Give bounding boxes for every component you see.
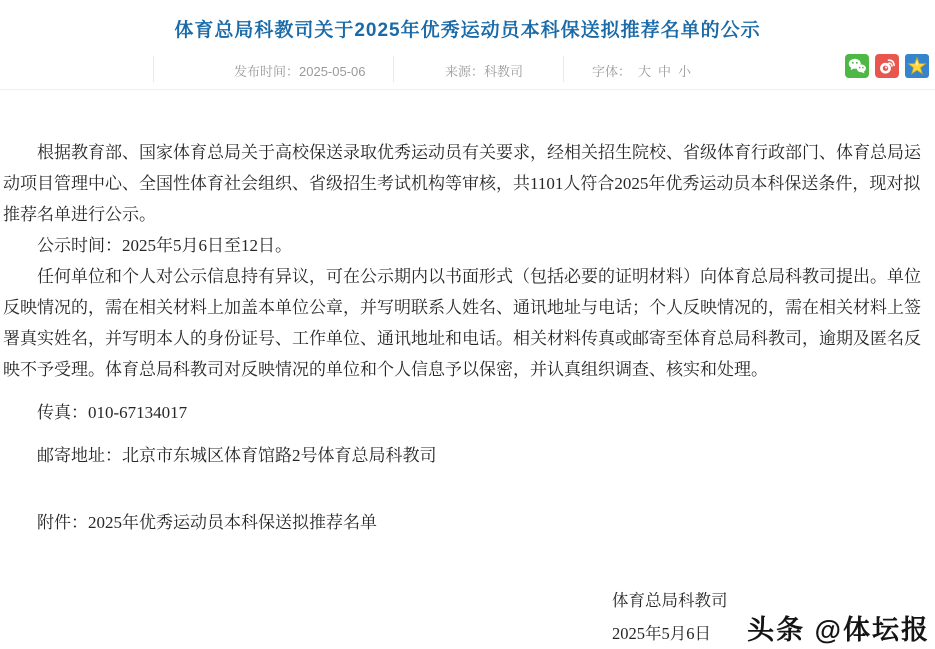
toutiao-watermark: 头条 @体坛报 xyxy=(747,608,930,647)
paragraph: 任何单位和个人对公示信息持有异议，可在公示期内以书面形式（包括必要的证明材料）向… xyxy=(3,261,932,385)
font-size-option-small[interactable]: 小 xyxy=(678,64,691,79)
meta-bar: 发布时间：2025-05-06 来源：科教司 字体：大中小 xyxy=(0,52,935,90)
qzone-star-icon xyxy=(905,54,929,78)
paragraph: 根据教育部、国家体育总局关于高校保送录取优秀运动员有关要求，经相关招生院校、省级… xyxy=(3,137,932,230)
font-size-option-medium[interactable]: 中 xyxy=(658,64,671,79)
signature-block: 体育总局科教司 2025年5月6日 xyxy=(612,584,728,649)
share-wechat-button[interactable] xyxy=(845,54,869,78)
paragraph-publicity-period: 公示时间：2025年5月6日至12日。 xyxy=(3,230,932,261)
source: 来源：科教司 xyxy=(445,61,523,80)
font-size-option-large[interactable]: 大 xyxy=(638,64,651,79)
publish-time-value: 2025-05-06 xyxy=(299,64,366,79)
source-value: 科教司 xyxy=(484,64,523,79)
font-size-label: 字体： xyxy=(592,64,631,79)
share-buttons xyxy=(845,54,929,78)
share-qzone-button[interactable] xyxy=(905,54,929,78)
attachment-line: 附件：2025年优秀运动员本科保送拟推荐名单 xyxy=(3,507,932,538)
meta-divider xyxy=(153,56,154,82)
title-bar: 体育总局科教司关于2025年优秀运动员本科保送拟推荐名单的公示 xyxy=(0,0,935,42)
article-body: 根据教育部、国家体育总局关于高校保送录取优秀运动员有关要求，经相关招生院校、省级… xyxy=(0,137,935,538)
publish-time-label: 发布时间： xyxy=(234,64,299,79)
signature-name: 体育总局科教司 xyxy=(612,584,728,617)
weibo-icon xyxy=(875,54,899,78)
publish-time: 发布时间：2025-05-06 xyxy=(234,61,366,80)
address-line: 邮寄地址：北京市东城区体育馆路2号体育总局科教司 xyxy=(3,440,932,471)
meta-divider xyxy=(563,56,564,82)
meta-divider xyxy=(393,56,394,82)
fax-line: 传真：010-67134017 xyxy=(3,397,932,428)
page-title: 体育总局科教司关于2025年优秀运动员本科保送拟推荐名单的公示 xyxy=(0,15,935,42)
source-label: 来源： xyxy=(445,64,484,79)
wechat-icon xyxy=(845,54,869,78)
share-weibo-button[interactable] xyxy=(875,54,899,78)
signature-date: 2025年5月6日 xyxy=(612,617,728,649)
font-size-control: 字体：大中小 xyxy=(592,61,691,80)
